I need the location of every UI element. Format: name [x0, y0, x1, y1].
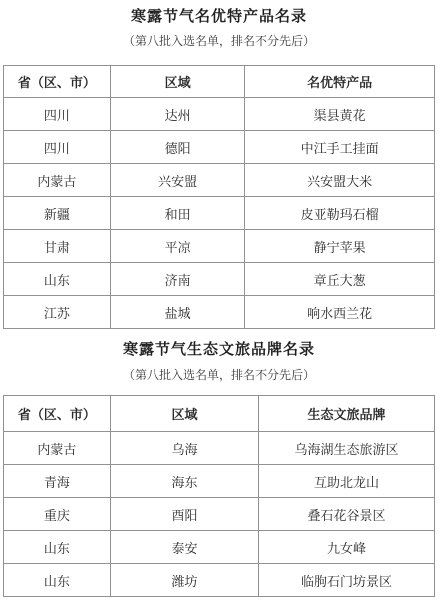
table-cell: 互助北龙山 — [259, 465, 435, 498]
table-row: 青海 海东 互助北龙山 — [4, 465, 435, 498]
table-cell: 四川 — [4, 98, 111, 131]
table-cell: 新疆 — [4, 197, 111, 230]
table-cell: 山东 — [4, 263, 111, 296]
table-cell: 甘肃 — [4, 230, 111, 263]
table-cell: 济南 — [110, 263, 244, 296]
header-cell-region: 区域 — [110, 396, 258, 432]
table-row: 山东 济南 章丘大葱 — [4, 263, 435, 296]
table-row: 山东 泰安 九女峰 — [4, 531, 435, 564]
table-cell: 山东 — [4, 564, 111, 597]
header-cell-brand: 生态文旅品牌 — [259, 396, 435, 432]
header-cell-province: 省（区、市） — [4, 66, 111, 98]
section2-subtitle: （第八批入选名单，排名不分先后） — [3, 368, 435, 382]
table-row: 江苏 盐城 响水西兰花 — [4, 296, 435, 329]
eco-tourism-table-header-row: 省（区、市） 区域 生态文旅品牌 — [4, 396, 435, 432]
table-cell: 乌海湖生态旅游区 — [259, 432, 435, 465]
table-cell: 酉阳 — [110, 498, 258, 531]
table-row: 甘肃 平凉 静宁苹果 — [4, 230, 435, 263]
table-cell: 盐城 — [110, 296, 244, 329]
document: 寒露节气名优特产品名录 （第八批入选名单，排名不分先后） 省（区、市） 区域 名… — [0, 0, 438, 600]
table-cell: 叠石花谷景区 — [259, 498, 435, 531]
table-row: 内蒙古 兴安盟 兴安盟大米 — [4, 164, 435, 197]
table-cell: 渠县黄花 — [245, 98, 435, 131]
table-cell: 青海 — [4, 465, 111, 498]
table-row: 新疆 和田 皮亚勒玛石榴 — [4, 197, 435, 230]
products-table: 省（区、市） 区域 名优特产品 四川 达州 渠县黄花 四川 德阳 中江手工挂面 … — [3, 65, 435, 329]
section1-subtitle: （第八批入选名单，排名不分先后） — [3, 34, 435, 48]
table-cell: 皮亚勒玛石榴 — [245, 197, 435, 230]
table-cell: 内蒙古 — [4, 432, 111, 465]
header-cell-region: 区域 — [110, 66, 244, 98]
table-row: 山东 潍坊 临朐石门坊景区 — [4, 564, 435, 597]
table-row: 重庆 酉阳 叠石花谷景区 — [4, 498, 435, 531]
table-cell: 章丘大葱 — [245, 263, 435, 296]
table-row: 四川 德阳 中江手工挂面 — [4, 131, 435, 164]
table-cell: 德阳 — [110, 131, 244, 164]
table-cell: 乌海 — [110, 432, 258, 465]
section1-title: 寒露节气名优特产品名录 — [3, 9, 435, 25]
products-table-header-row: 省（区、市） 区域 名优特产品 — [4, 66, 435, 98]
table-cell: 江苏 — [4, 296, 111, 329]
table-cell: 内蒙古 — [4, 164, 111, 197]
table-cell: 兴安盟 — [110, 164, 244, 197]
table-cell: 达州 — [110, 98, 244, 131]
section2-title: 寒露节气生态文旅品牌名录 — [3, 342, 435, 358]
table-cell: 响水西兰花 — [245, 296, 435, 329]
table-row: 内蒙古 乌海 乌海湖生态旅游区 — [4, 432, 435, 465]
table-cell: 潍坊 — [110, 564, 258, 597]
table-cell: 静宁苹果 — [245, 230, 435, 263]
table-cell: 山东 — [4, 531, 111, 564]
eco-tourism-table: 省（区、市） 区域 生态文旅品牌 内蒙古 乌海 乌海湖生态旅游区 青海 海东 互… — [3, 395, 435, 597]
header-cell-province: 省（区、市） — [4, 396, 111, 432]
table-cell: 泰安 — [110, 531, 258, 564]
header-cell-product: 名优特产品 — [245, 66, 435, 98]
table-cell: 中江手工挂面 — [245, 131, 435, 164]
table-cell: 平凉 — [110, 230, 244, 263]
table-cell: 四川 — [4, 131, 111, 164]
table-cell: 临朐石门坊景区 — [259, 564, 435, 597]
table-row: 四川 达州 渠县黄花 — [4, 98, 435, 131]
table-cell: 重庆 — [4, 498, 111, 531]
table-cell: 兴安盟大米 — [245, 164, 435, 197]
table-cell: 九女峰 — [259, 531, 435, 564]
table-cell: 和田 — [110, 197, 244, 230]
table-cell: 海东 — [110, 465, 258, 498]
